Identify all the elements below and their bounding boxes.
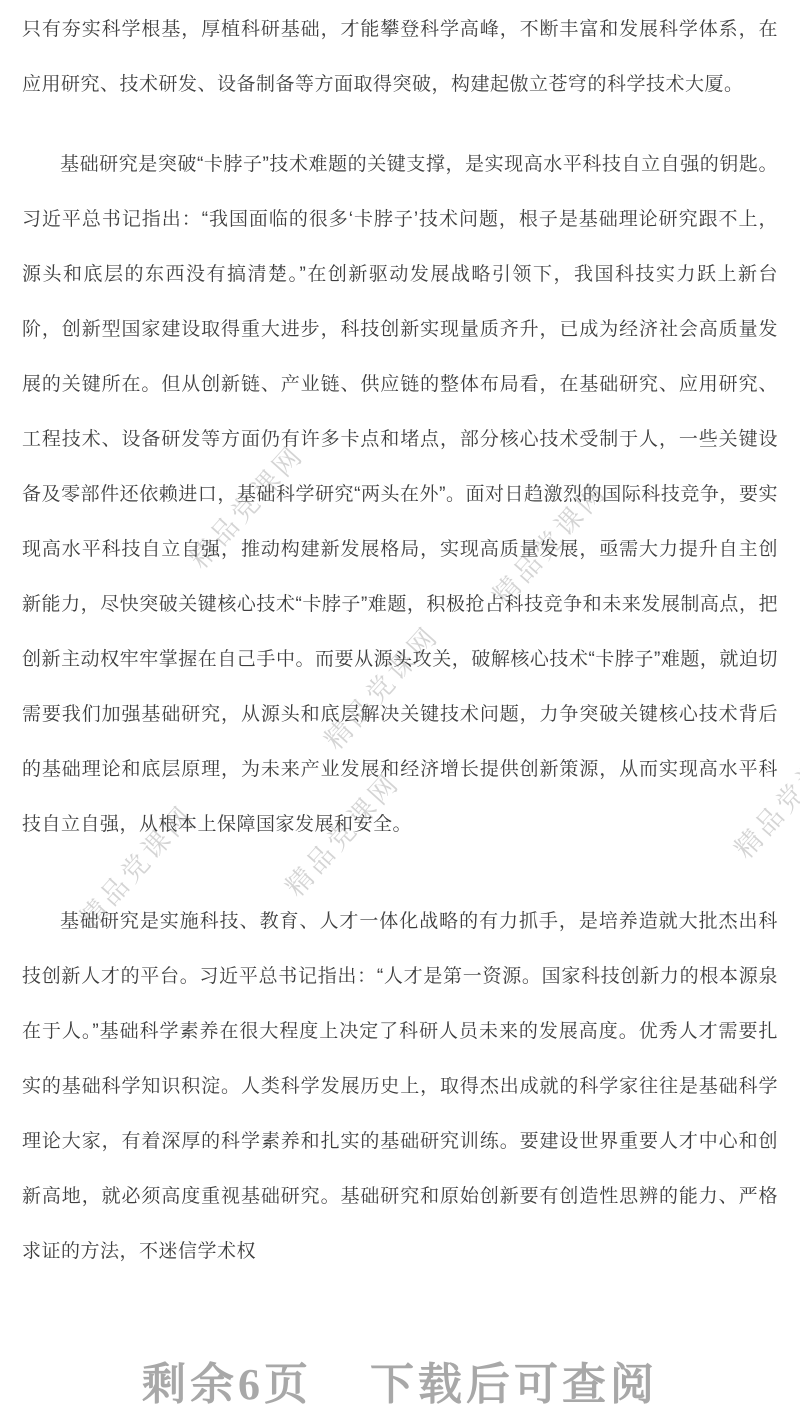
remaining-pages-label: 剩余6页 <box>142 1357 312 1413</box>
body-paragraph-1: 只有夯实科学根基，厚植科研基础，才能攀登科学高峰，不断丰富和发展科学体系，在应用… <box>22 2 778 112</box>
download-hint-label: 下载后可查阅 <box>370 1357 658 1413</box>
body-paragraph-2: 基础研究是突破“卡脖子”技术难题的关键支撑，是实现高水平科技自立自强的钥匙。习近… <box>22 137 778 852</box>
download-banner: 剩余6页 下载后可查阅 <box>0 1357 800 1413</box>
document-page: 精品党课网 精品党课网 精品党课网 精品党课网 精品党课网 精品党课网 只有夯实… <box>0 0 800 1417</box>
body-paragraph-3: 基础研究是实施科技、教育、人才一体化战略的有力抓手，是培养造就大批杰出科技创新人… <box>22 894 778 1279</box>
document-body: 只有夯实科学根基，厚植科研基础，才能攀登科学高峰，不断丰富和发展科学体系，在应用… <box>0 0 800 1279</box>
